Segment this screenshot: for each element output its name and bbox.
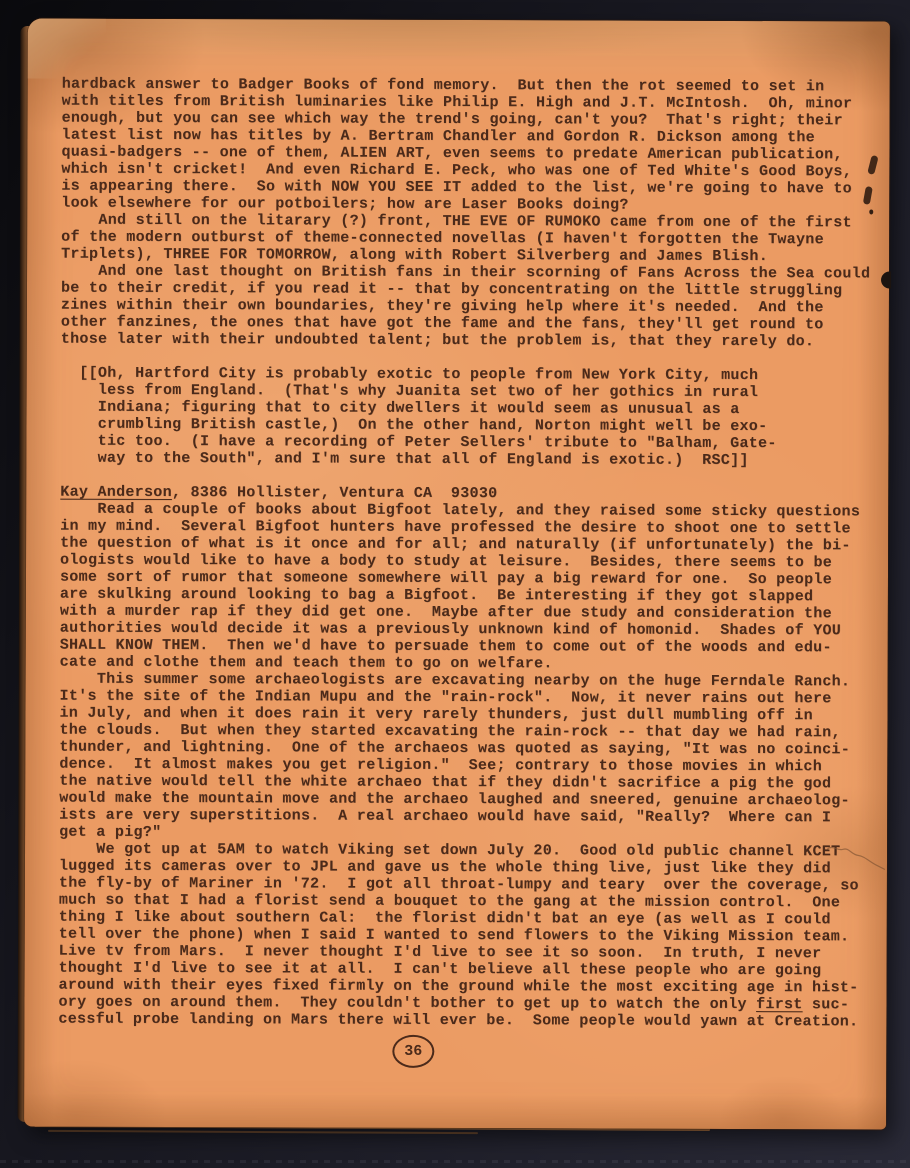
scan-artifact-line [0, 1160, 910, 1163]
worn-corner-fold [28, 18, 106, 78]
scanned-photo-background: hardback answer to Badger Books of fond … [0, 0, 910, 1168]
text-line: way to the South", and I'm sure that all… [60, 450, 884, 470]
text-line: those later with their undoubted talent;… [61, 331, 885, 351]
ink-speck [869, 209, 873, 214]
page-number-circle: 36 [392, 1035, 434, 1068]
edge-stain [881, 271, 891, 288]
fanzine-page: hardback answer to Badger Books of fond … [24, 18, 890, 1129]
text-line: cessful probe landing on Mars there will… [58, 1011, 882, 1031]
typewritten-text: hardback answer to Badger Books of fond … [58, 76, 885, 1031]
page-stack-bottom-edge-2 [48, 1130, 478, 1134]
text-line: ists are very superstitions. A real arch… [59, 807, 883, 827]
page-number: 36 [404, 1043, 422, 1060]
paper-crease-line [825, 839, 887, 873]
